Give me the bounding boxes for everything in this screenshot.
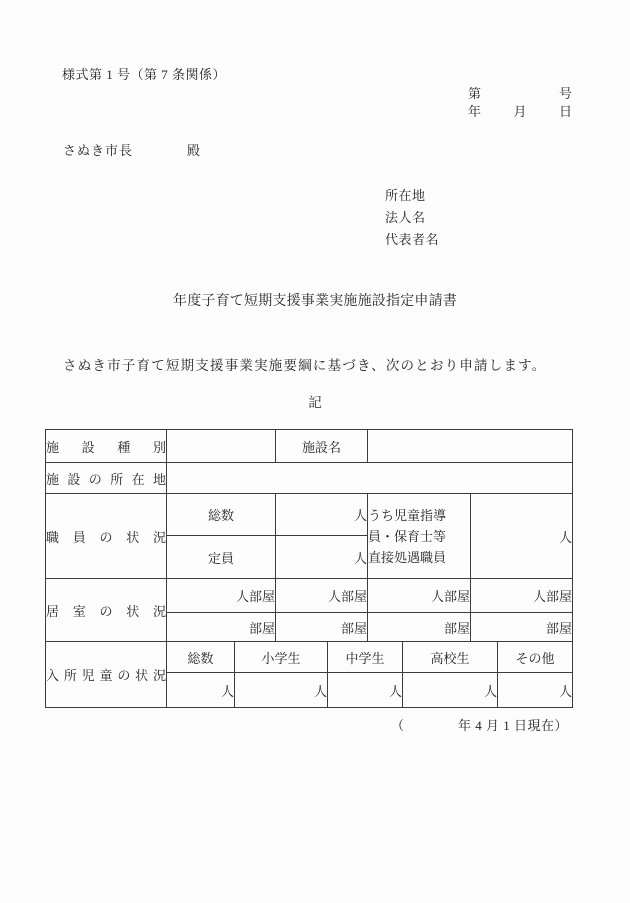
applicant-block: 所在地 法人名 代表者名 [385, 185, 439, 251]
children-col-high-school: 高校生 [403, 642, 498, 673]
room-count-cell-3: 部屋 [368, 613, 471, 642]
document-title: 年度子育て短期支援事業実施施設指定申請書 [0, 290, 630, 310]
staff-status-label-cell: 職員の状況 [46, 494, 167, 579]
facility-name-label-cell: 施設名 [276, 430, 368, 463]
addressee-honorific: 殿 [187, 140, 200, 159]
doc-number-prefix: 第 [468, 83, 481, 102]
staff-capacity-label-cell: 定員 [167, 536, 276, 579]
doc-number-line: 第 号 [468, 83, 572, 102]
children-count-cell-1: 人 [167, 673, 235, 708]
facility-type-blank-cell [167, 430, 276, 463]
children-col-other: その他 [498, 642, 573, 673]
facility-address-blank-cell [167, 463, 573, 494]
as-of-open-paren: （ [391, 715, 405, 734]
staff-capacity-unit-cell: 人 [276, 536, 368, 579]
applicant-address-label: 所在地 [385, 185, 439, 207]
doc-number-suffix: 号 [559, 83, 572, 102]
facility-name-blank-cell [368, 430, 573, 463]
direct-care-staff-label-cell: うち児童指導 員・保育士等 直接処遇職員 [368, 494, 471, 579]
direct-care-staff-unit-cell: 人 [471, 494, 573, 579]
date-month-label: 月 [513, 101, 526, 120]
application-table: 施設種別 施設名 施設の所在地 職員の状況 総数 人 うち児童指導 員・保育士等… [45, 429, 573, 708]
room-count-cell-4: 部屋 [471, 613, 573, 642]
as-of-note: （ 年 4 月 1 日現在） [391, 715, 568, 734]
record-marker: 記 [0, 391, 630, 411]
children-count-cell-2: 人 [235, 673, 328, 708]
staff-total-label-cell: 総数 [167, 494, 276, 536]
as-of-date-text: 年 4 月 1 日現在） [458, 715, 568, 734]
applicant-representative-label: 代表者名 [385, 229, 439, 251]
date-day-label: 日 [559, 101, 572, 120]
room-count-cell-1: 部屋 [167, 613, 276, 642]
addressee-name: さぬき市長 [63, 140, 133, 159]
children-count-cell-4: 人 [403, 673, 498, 708]
applicant-corporation-label: 法人名 [385, 207, 439, 229]
children-col-total: 総数 [167, 642, 235, 673]
room-size-cell-1: 人部屋 [167, 579, 276, 613]
room-size-cell-3: 人部屋 [368, 579, 471, 613]
application-statement: さぬき市子育て短期支援事業実施要綱に基づき、次のとおり申請します。 [63, 354, 546, 374]
room-count-cell-2: 部屋 [276, 613, 368, 642]
page: 様式第 1 号（第 7 条関係） 第 号 年 月 日 さぬき市長 殿 所在地 法… [0, 0, 630, 903]
date-line: 年 月 日 [468, 101, 572, 120]
date-year-label: 年 [468, 101, 481, 120]
room-size-cell-2: 人部屋 [276, 579, 368, 613]
facility-type-label-cell: 施設種別 [46, 430, 167, 463]
children-status-label-cell: 入所児童の状況 [46, 642, 167, 708]
children-col-junior-high: 中学生 [328, 642, 403, 673]
facility-address-label-cell: 施設の所在地 [46, 463, 167, 494]
staff-total-unit-cell: 人 [276, 494, 368, 536]
rooms-status-label-cell: 居室の状況 [46, 579, 167, 642]
children-count-cell-3: 人 [328, 673, 403, 708]
children-count-cell-5: 人 [498, 673, 573, 708]
room-size-cell-4: 人部屋 [471, 579, 573, 613]
form-number-label: 様式第 1 号（第 7 条関係） [62, 64, 226, 83]
children-col-elementary: 小学生 [235, 642, 328, 673]
